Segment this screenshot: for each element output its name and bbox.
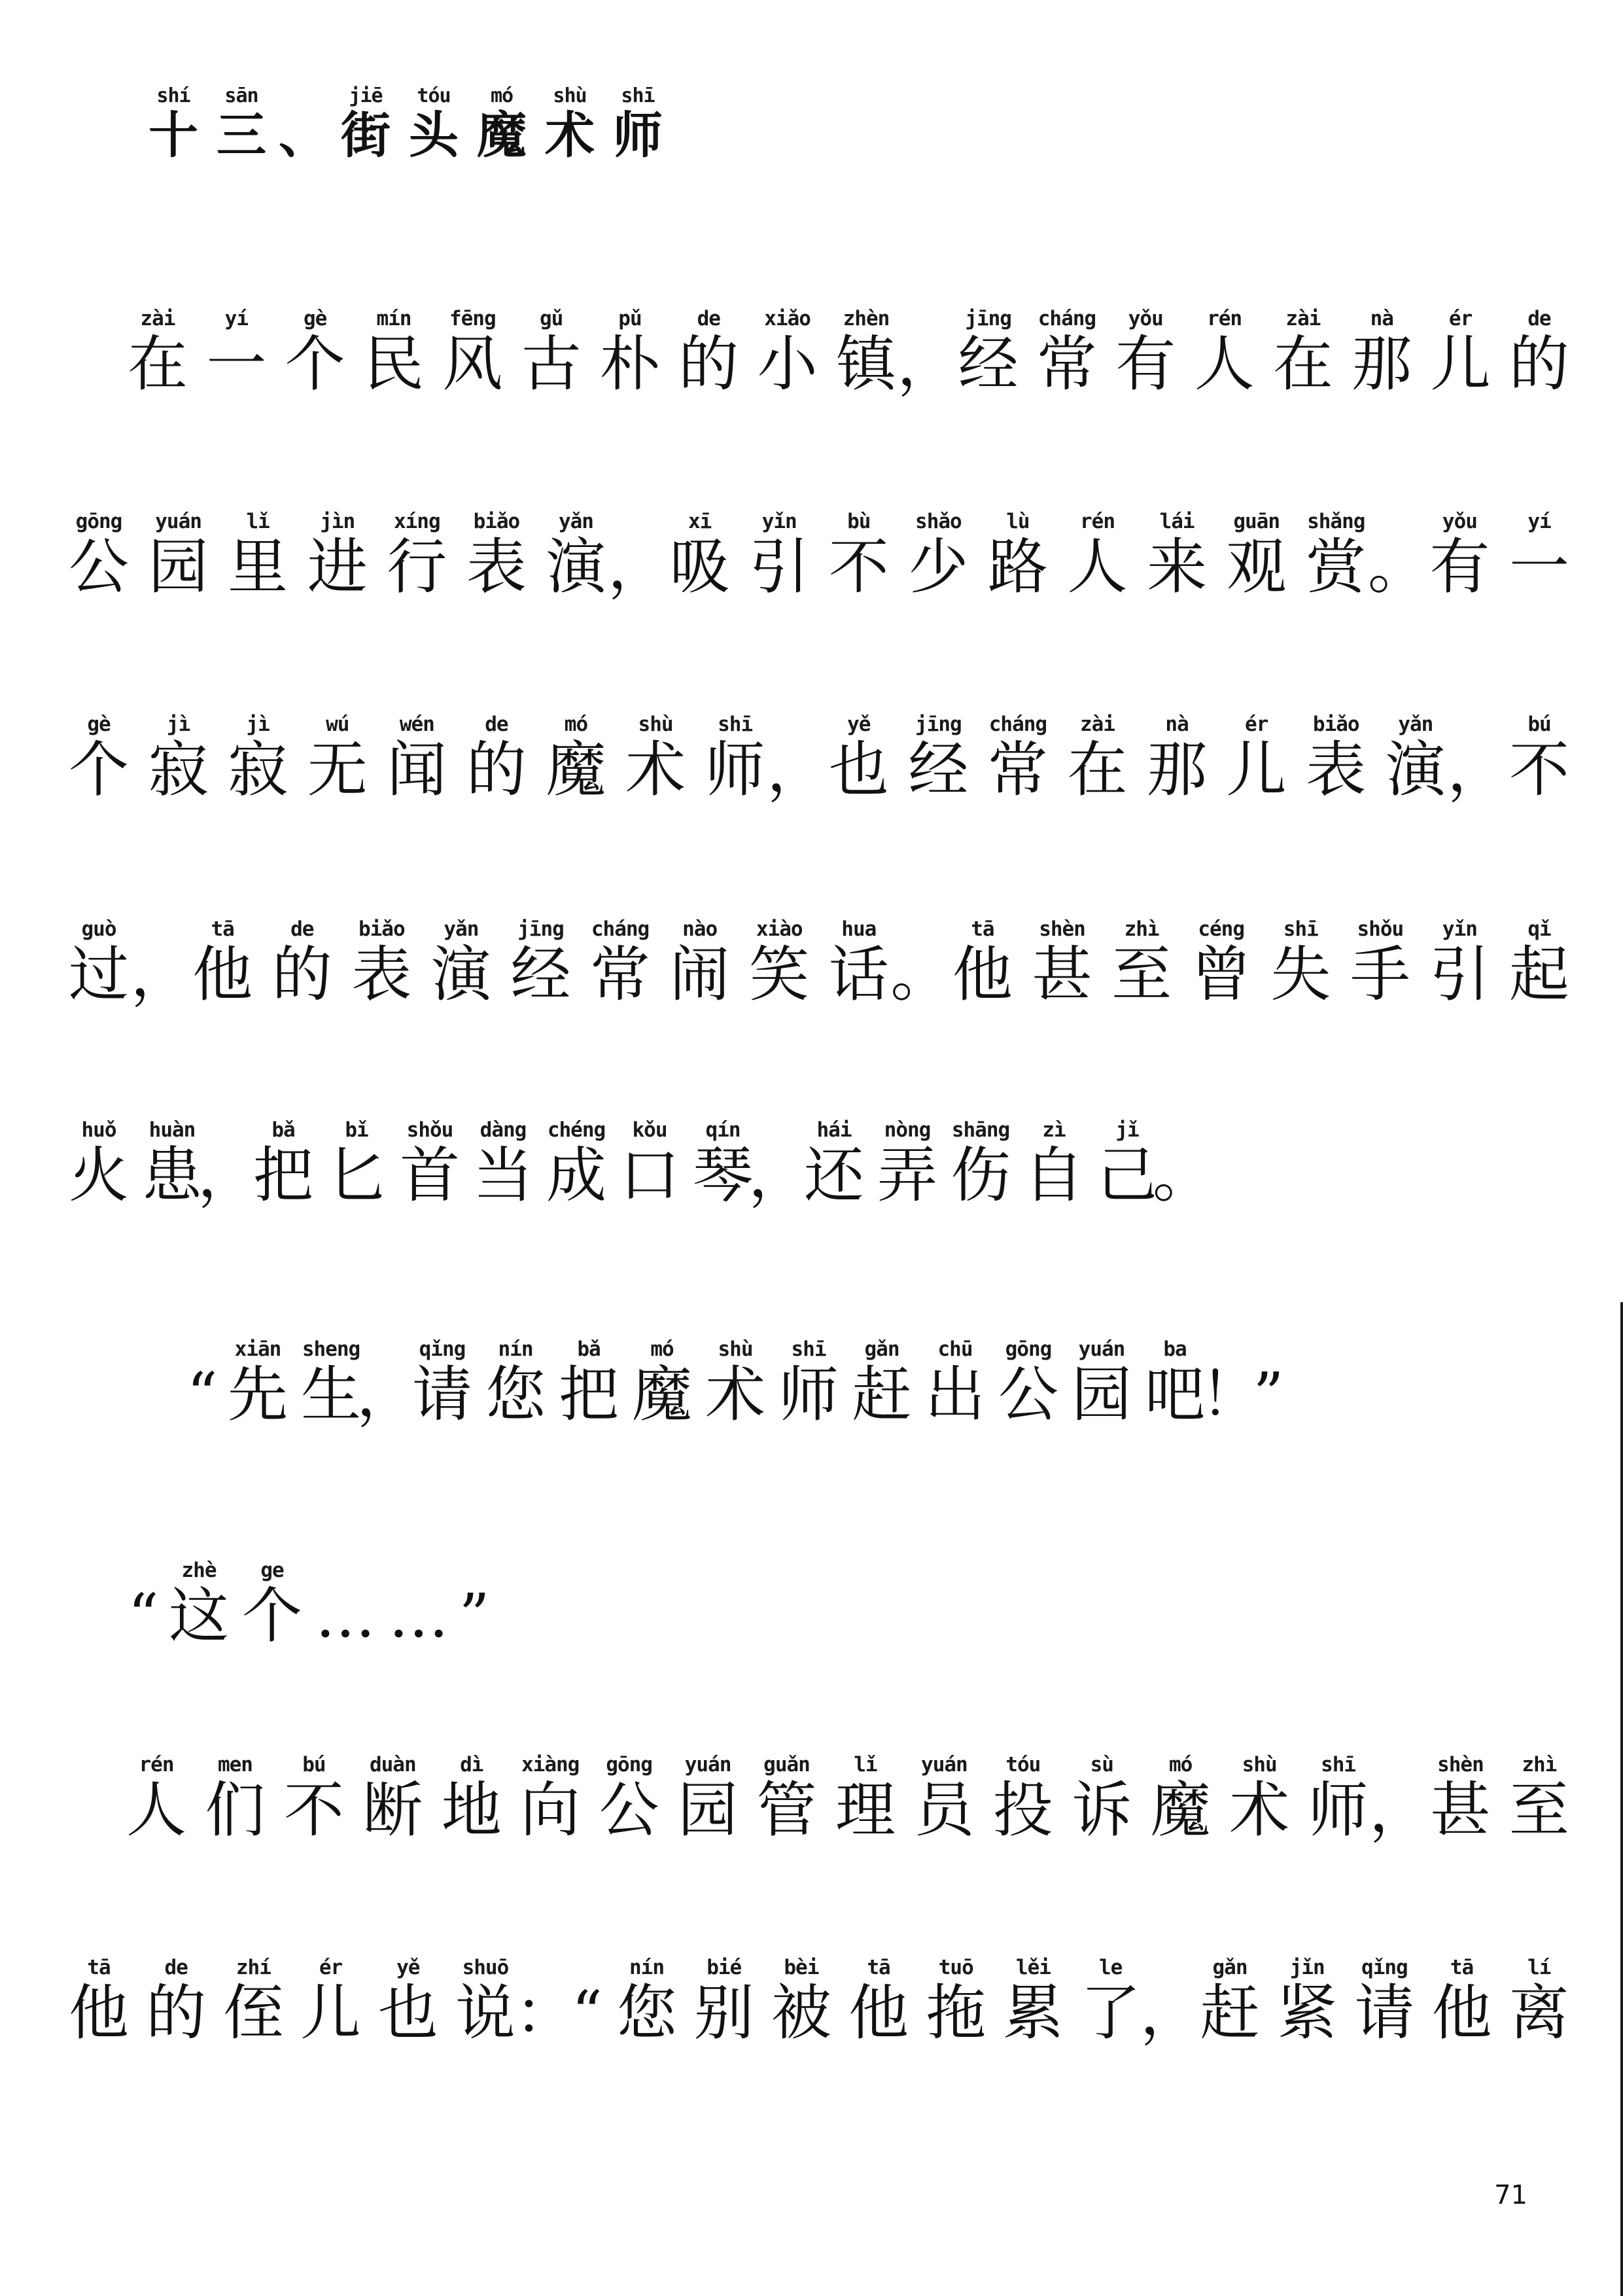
ruby-cell: tóu投 (986, 1744, 1060, 1844)
ruby-cell: bú不 (277, 1744, 351, 1844)
pinyin-syllable: shǎo (915, 501, 962, 533)
hanzi-char: 魔 (546, 736, 606, 804)
hanzi-char: 说 (455, 1979, 515, 2047)
pinyin-syllable: shī (621, 77, 654, 107)
hanzi-char: 进 (307, 533, 368, 601)
pinyin-syllable: de (165, 1947, 188, 1979)
pinyin-syllable: qǐ (1527, 908, 1550, 941)
hanzi-char: 师 (778, 1361, 839, 1428)
hanzi-char: 把 (559, 1361, 619, 1428)
ruby-cell: shī师 (1302, 1744, 1375, 1844)
pinyin-syllable: yuán (155, 501, 201, 533)
ruby-cell: yǎn演 (425, 908, 498, 1008)
hanzi-char: 公 (998, 1361, 1058, 1428)
pinyin-syllable: mó (650, 1328, 673, 1361)
ruby-cell: yí一 (200, 298, 273, 398)
pinyin-syllable: zhì (1522, 1744, 1556, 1776)
page-number: 71 (1494, 2180, 1527, 2210)
pinyin-syllable: yǎn (559, 501, 593, 533)
ruby-cell: tā他 (186, 908, 259, 1008)
punctuation-cell: ， (619, 501, 657, 601)
ruby-cell: tóu头 (400, 77, 468, 163)
ruby-cell: nín您 (610, 1947, 684, 2047)
hanzi-char: 观 (1227, 533, 1287, 601)
hanzi-char: ， (608, 533, 668, 601)
ruby-cell: shí十 (139, 77, 207, 163)
pinyin-syllable: yí (225, 298, 248, 330)
ruby-cell: sù诉 (1065, 1744, 1138, 1844)
pinyin-syllable: shuō (462, 1947, 509, 1979)
pinyin-syllable: tā (211, 908, 234, 941)
pinyin-syllable: xiàng (521, 1744, 579, 1776)
hanzi-char: 引 (749, 533, 809, 601)
hanzi-char: 员 (914, 1776, 974, 1844)
ruby-cell: lǐ理 (829, 1744, 902, 1844)
ruby-cell: zhè这 (162, 1549, 236, 1650)
hanzi-char: 来 (1147, 533, 1207, 601)
hanzi-char: 患 (142, 1142, 202, 1209)
pinyin-syllable: gōng (1005, 1328, 1052, 1361)
ruby-cell: gōng公 (593, 1744, 666, 1844)
text-line: gōng公yuán园lǐ里jìn进xíng行biǎo表yǎn演，xī吸yǐn引b… (62, 501, 1576, 601)
hanzi-char: 断 (362, 1776, 423, 1844)
hanzi-char: 甚 (1430, 1776, 1490, 1844)
pinyin-syllable: huàn (149, 1109, 196, 1142)
hanzi-char: “ (128, 1582, 158, 1650)
hanzi-char: 小 (758, 330, 818, 398)
ruby-cell: qǐng请 (1348, 1947, 1421, 2047)
hanzi-char: 地 (442, 1776, 502, 1844)
hanzi-char: 他 (952, 941, 1013, 1008)
text-line: gè个jì寂jì寂wú无wén闻de的mó魔shù术shī师，yě也jīng经c… (62, 703, 1576, 804)
hanzi-char: 风 (442, 330, 502, 398)
ruby-cell: céng曾 (1185, 908, 1258, 1008)
ruby-cell: chéng成 (540, 1109, 613, 1209)
hanzi-char: 园 (1072, 1361, 1132, 1428)
pinyin-syllable: yǎn (1398, 703, 1433, 736)
ruby-cell: lí离 (1503, 1947, 1576, 2047)
pinyin-syllable: sù (1091, 1744, 1113, 1776)
hanzi-char: 拖 (926, 1979, 986, 2047)
ruby-cell: de的 (266, 908, 339, 1008)
pinyin-syllable: nà (1370, 298, 1393, 330)
punctuation-cell: 。 (1379, 501, 1417, 601)
ruby-cell: shù术 (1223, 1744, 1296, 1844)
ruby-cell: ge个 (236, 1549, 309, 1650)
ruby-cell: yǒu有 (1109, 298, 1182, 398)
hanzi-char: 不 (284, 1776, 344, 1844)
hanzi-char: 您 (485, 1361, 546, 1428)
ruby-cell: biǎo表 (345, 908, 418, 1008)
pinyin-syllable: bèi (784, 1947, 818, 1979)
punctuation-cell: ， (778, 703, 816, 804)
hanzi-char: 里 (228, 533, 288, 601)
hanzi-char: 演 (431, 941, 491, 1008)
ruby-cell: gōng公 (992, 1328, 1065, 1428)
ruby-cell: xiàng向 (514, 1744, 587, 1844)
pinyin-syllable: shèn (1437, 1744, 1484, 1776)
hanzi-char: 成 (546, 1142, 606, 1209)
pinyin-syllable: chū (938, 1328, 973, 1361)
pinyin-syllable: gǔ (540, 298, 563, 330)
pinyin-syllable: mín (376, 298, 411, 330)
ruby-cell: de的 (139, 1947, 213, 2047)
ruby-cell: gè个 (62, 703, 135, 804)
hanzi-char: 他 (69, 1979, 129, 2047)
hanzi-char: 当 (473, 1142, 533, 1209)
punctuation-cell: ， (759, 1109, 797, 1209)
punctuation-cell: 、 (275, 77, 332, 163)
ruby-cell: shǎo少 (901, 501, 975, 601)
hanzi-char: 寂 (228, 736, 288, 804)
pinyin-syllable: rén (1080, 501, 1115, 533)
hanzi-char: 魔 (477, 107, 527, 163)
hanzi-char: 经 (510, 941, 570, 1008)
pinyin-syllable: de (1527, 298, 1550, 330)
ruby-cell: lái来 (1140, 501, 1213, 601)
hanzi-char: “ (572, 1979, 602, 2047)
pinyin-syllable: zhì (1125, 908, 1159, 941)
ruby-cell: gǔ古 (515, 298, 588, 398)
ruby-cell: duàn断 (356, 1744, 429, 1844)
pinyin-syllable: gōng (606, 1744, 652, 1776)
hanzi-char: 弄 (877, 1142, 937, 1209)
hanzi-char: 的 (466, 736, 527, 804)
hanzi-char: 这 (169, 1582, 229, 1650)
pinyin-syllable: kǒu (633, 1109, 667, 1142)
hanzi-char: 园 (148, 533, 209, 601)
ruby-cell: de的 (672, 298, 745, 398)
ruby-cell: yuán园 (142, 501, 215, 601)
pinyin-syllable: huǒ (82, 1109, 116, 1142)
pinyin-syllable: zài (141, 298, 175, 330)
pinyin-syllable: shù (553, 77, 586, 107)
hanzi-char: 口 (620, 1142, 680, 1209)
text-line: rén人men们bú不duàn断dì地xiàng向gōng公yuán园guǎn管… (62, 1744, 1576, 1844)
hanzi-char: 至 (1111, 941, 1172, 1008)
hanzi-char: 公 (599, 1776, 659, 1844)
pinyin-syllable: ba (1163, 1328, 1186, 1361)
hanzi-char: 赶 (1200, 1979, 1260, 2047)
scan-edge-artifact (1620, 1302, 1623, 2296)
pinyin-syllable: sheng (302, 1328, 360, 1361)
pinyin-syllable: zhèn (843, 298, 890, 330)
ruby-cell: jǐn紧 (1270, 1947, 1344, 2047)
pinyin-syllable: zài (1285, 298, 1320, 330)
pinyin-syllable: duàn (370, 1744, 416, 1776)
hanzi-char: 至 (1509, 1776, 1569, 1844)
hanzi-char: 魔 (632, 1361, 692, 1428)
ruby-cell: bié别 (688, 1947, 761, 2047)
ruby-cell: shī师 (604, 77, 672, 163)
pinyin-syllable: nòng (884, 1109, 931, 1142)
pinyin-syllable: cháng (1038, 298, 1096, 330)
hanzi-char: 过 (69, 941, 129, 1008)
pinyin-syllable: ge (260, 1549, 283, 1582)
hanzi-char: 他 (1432, 1979, 1492, 2047)
ruby-cell: lěi累 (996, 1947, 1070, 2047)
ruby-cell: shǒu首 (393, 1109, 466, 1209)
hanzi-char: 赏 (1306, 533, 1366, 601)
pinyin-syllable: lǐ (854, 1744, 877, 1776)
ruby-cell: biǎo表 (1299, 703, 1372, 804)
hanzi-char: “ (186, 1361, 217, 1428)
hanzi-char: 侄 (223, 1979, 283, 2047)
hanzi-char: 诉 (1072, 1776, 1132, 1844)
punctuation-cell: 。 (1164, 1109, 1202, 1209)
ruby-cell: tuō拖 (919, 1947, 992, 2047)
ruby-cell: cháng常 (584, 908, 657, 1008)
hanzi-char: 紧 (1277, 1979, 1337, 2047)
ruby-cell: huǒ火 (62, 1109, 135, 1209)
hanzi-char: 理 (835, 1776, 896, 1844)
ruby-cell: yǐn引 (1423, 908, 1496, 1008)
hanzi-char: 十 (148, 107, 198, 163)
hanzi-char: 伤 (951, 1142, 1011, 1209)
ruby-cell: rén人 (1188, 298, 1261, 398)
pinyin-syllable: de (697, 298, 720, 330)
pinyin-syllable: biǎo (1313, 703, 1359, 736)
pinyin-syllable: céng (1198, 908, 1244, 941)
punctuation-cell: “ (124, 1549, 162, 1650)
ruby-cell: jì寂 (142, 703, 215, 804)
pinyin-syllable: cháng (591, 908, 649, 941)
ruby-cell: bú不 (1503, 703, 1576, 804)
pinyin-syllable: mó (565, 703, 587, 736)
hanzi-char: 吧 (1145, 1361, 1205, 1428)
ruby-cell: shī师 (772, 1328, 845, 1428)
pinyin-syllable: de (485, 703, 508, 736)
ruby-cell: tā他 (62, 1947, 135, 2047)
ruby-cell: xíng行 (380, 501, 453, 601)
pinyin-syllable: shù (718, 1328, 753, 1361)
hanzi-char: 民 (364, 330, 424, 398)
hanzi-char: 个 (69, 736, 129, 804)
hanzi-char: 街 (341, 107, 391, 163)
pinyin-syllable: shǎng (1307, 501, 1365, 533)
hanzi-char: 术 (705, 1361, 765, 1428)
punctuation-cell: ： (526, 1947, 564, 2047)
hanzi-char: 匕 (326, 1142, 387, 1209)
hanzi-char: 不 (1509, 736, 1569, 804)
hanzi-char: 路 (988, 533, 1048, 601)
ruby-cell: zhèn镇 (829, 298, 903, 398)
hanzi-char: 出 (925, 1361, 985, 1428)
ruby-cell: mín民 (357, 298, 430, 398)
ruby-cell: shèn甚 (1026, 908, 1099, 1008)
ruby-cell: cháng常 (981, 703, 1055, 804)
ruby-cell: mó魔 (539, 703, 612, 804)
pinyin-syllable: nín (629, 1947, 664, 1979)
ruby-cell: shī师 (699, 703, 772, 804)
pinyin-syllable: tóu (1005, 1744, 1040, 1776)
pinyin-syllable: rén (1207, 298, 1242, 330)
hanzi-char: 也 (378, 1979, 438, 2047)
pinyin-syllable: shù (638, 703, 673, 736)
ruby-cell: ér儿 (1220, 703, 1293, 804)
hanzi-char: 的 (146, 1979, 206, 2047)
pinyin-syllable: qín (706, 1109, 741, 1142)
hanzi-char: 行 (387, 533, 447, 601)
pinyin-syllable: jì (167, 703, 190, 736)
ruby-cell: lù路 (981, 501, 1055, 601)
pinyin-syllable: bù (847, 501, 870, 533)
hanzi-char: 的 (1509, 330, 1569, 398)
ruby-cell: nòng弄 (871, 1109, 944, 1209)
ruby-cell: fēng风 (436, 298, 509, 398)
pinyin-syllable: shī (1321, 1744, 1355, 1776)
hanzi-char: 自 (1024, 1142, 1084, 1209)
hanzi-char: 儿 (1431, 330, 1491, 398)
ruby-cell: ér儿 (1424, 298, 1497, 398)
ruby-cell: gè个 (279, 298, 352, 398)
pinyin-syllable: qǐng (1361, 1947, 1408, 1979)
text-line: tā他de的zhí侄ér儿yě也shuō说：“nín您bié别bèi被tā他tu… (62, 1947, 1576, 2047)
ruby-cell: hái还 (797, 1109, 871, 1209)
pinyin-syllable: tā (1450, 1947, 1473, 1979)
ruby-cell: dàng当 (466, 1109, 540, 1209)
hanzi-char: 表 (351, 941, 411, 1008)
ruby-cell: rén人 (1061, 501, 1134, 601)
hanzi-char: ， (897, 330, 957, 398)
ruby-cell: shī失 (1264, 908, 1337, 1008)
pinyin-syllable: pǔ (618, 298, 641, 330)
hanzi-char: 话 (829, 941, 889, 1008)
hanzi-char: 演 (1386, 736, 1446, 804)
hanzi-char: ， (1447, 736, 1507, 804)
ruby-cell: sān三 (207, 77, 275, 163)
hanzi-char: 在 (128, 330, 188, 398)
pinyin-syllable: yǐn (1442, 908, 1477, 941)
ruby-cell: hua话 (822, 908, 896, 1008)
pinyin-syllable: xī (688, 501, 711, 533)
pinyin-syllable: lěi (1016, 1947, 1051, 1979)
pinyin-syllable: shí (156, 77, 190, 107)
ruby-cell: yǎn演 (539, 501, 612, 601)
ruby-cell: jiē街 (332, 77, 400, 163)
ruby-cell: qǐ起 (1503, 908, 1576, 1008)
pinyin-syllable: bǎ (577, 1328, 600, 1361)
ruby-cell: guān观 (1220, 501, 1293, 601)
pinyin-syllable: jīng (915, 703, 962, 736)
ruby-cell: yuán员 (907, 1744, 981, 1844)
punctuation-cell: ， (368, 1328, 406, 1428)
ruby-cell: de的 (1503, 298, 1576, 398)
hanzi-char: 一 (206, 330, 266, 398)
pinyin-syllable: zhí (236, 1947, 271, 1979)
pinyin-syllable: jiē (349, 77, 382, 107)
hanzi-char: 在 (1273, 330, 1333, 398)
pinyin-syllable: tā (867, 1947, 890, 1979)
ruby-cell: bèi被 (765, 1947, 838, 2047)
text-line: zài在yí一gè个mín民fēng风gǔ古pǔ朴de的xiǎo小zhèn镇，j… (62, 298, 1576, 398)
pinyin-syllable: tuō (939, 1947, 973, 1979)
pinyin-syllable: gè (87, 703, 110, 736)
hanzi-char: 那 (1147, 736, 1207, 804)
pinyin-syllable: yǎn (444, 908, 478, 941)
hanzi-char: 的 (678, 330, 739, 398)
ruby-cell: nà那 (1140, 703, 1213, 804)
ruby-cell: rén人 (120, 1744, 193, 1844)
pinyin-syllable: gōng (76, 501, 122, 533)
hanzi-char: 师 (1308, 1776, 1369, 1844)
hanzi-char: 笑 (749, 941, 809, 1008)
hanzi-char: 琴 (693, 1142, 753, 1209)
hanzi-char: 人 (126, 1776, 186, 1844)
ruby-cell: wú无 (301, 703, 374, 804)
hanzi-char: 术 (1229, 1776, 1289, 1844)
pinyin-syllable: guān (1233, 501, 1280, 533)
text-line: guò过，tā他de的biǎo表yǎn演jīng经cháng常nào闹xiào笑… (62, 908, 1576, 1008)
hanzi-char: 师 (613, 107, 663, 163)
ruby-cell: gǎn赶 (845, 1328, 918, 1428)
hanzi-char: 离 (1509, 1979, 1569, 2047)
pinyin-syllable: bú (302, 1744, 325, 1776)
pinyin-syllable: xiǎo (764, 298, 811, 330)
hanzi-char: 曾 (1191, 941, 1251, 1008)
hanzi-char: 火 (69, 1142, 129, 1209)
punctuation-cell: ， (1380, 1744, 1418, 1844)
hanzi-char: ， (1140, 1979, 1200, 2047)
pinyin-syllable: jì (246, 703, 269, 736)
ruby-cell: zhí侄 (217, 1947, 290, 2047)
pinyin-syllable: nín (498, 1328, 533, 1361)
hanzi-char: 那 (1352, 330, 1412, 398)
pinyin-syllable: jǐn (1290, 1947, 1325, 1979)
ruby-cell: yuán园 (671, 1744, 744, 1844)
pinyin-syllable: zhè (182, 1549, 217, 1582)
pinyin-syllable: gǎn (865, 1328, 899, 1361)
ruby-cell: zhì至 (1105, 908, 1178, 1008)
ruby-cell: yǒu有 (1423, 501, 1496, 601)
ruby-cell: bǐ匕 (320, 1109, 393, 1209)
hanzi-char: 师 (705, 736, 765, 804)
lesson-title: shí十sān三、jiē街tóu头mó魔shù术shī师 (139, 77, 672, 163)
ruby-cell: zhì至 (1503, 1744, 1576, 1844)
pinyin-syllable: bú (1527, 703, 1550, 736)
ruby-cell: shù术 (619, 703, 692, 804)
punctuation-cell: ， (908, 298, 946, 398)
hanzi-char: 他 (848, 1979, 909, 2047)
ruby-cell: mó魔 (1144, 1744, 1217, 1844)
pinyin-syllable: jìn (320, 501, 355, 533)
text-line: huǒ火huàn患，bǎ把bǐ匕shǒu首dàng当chéng成kǒu口qín琴… (62, 1109, 1576, 1209)
pinyin-syllable: lǐ (246, 501, 269, 533)
ruby-cell: nào闹 (663, 908, 737, 1008)
pinyin-syllable: men (218, 1744, 253, 1776)
ruby-cell: gǎn赶 (1193, 1947, 1266, 2047)
pinyin-syllable: biǎo (358, 908, 405, 941)
ruby-cell: shāng伤 (944, 1109, 1017, 1209)
text-line: “xiān先sheng生，qǐng请nín您bǎ把mó魔shù术shī师gǎn赶… (62, 1328, 1576, 1428)
pinyin-syllable: shǒu (1357, 908, 1404, 941)
ruby-cell: mó魔 (625, 1328, 699, 1428)
hanzi-char: 引 (1429, 941, 1490, 1008)
punctuation-cell: ， (1458, 703, 1496, 804)
ruby-cell: nín您 (479, 1328, 552, 1428)
pinyin-syllable: mó (491, 77, 513, 107)
hanzi-char: 甚 (1032, 941, 1092, 1008)
hanzi-char: 有 (1115, 330, 1176, 398)
hanzi-char: 首 (400, 1142, 460, 1209)
pinyin-syllable: shù (1242, 1744, 1277, 1776)
hanzi-char: ” (459, 1582, 489, 1650)
ruby-cell: guǎn管 (750, 1744, 824, 1844)
ruby-cell: pǔ朴 (593, 298, 667, 398)
pinyin-syllable: hua (841, 908, 876, 941)
pinyin-syllable: shī (792, 1328, 826, 1361)
hanzi-char: 术 (545, 107, 595, 163)
